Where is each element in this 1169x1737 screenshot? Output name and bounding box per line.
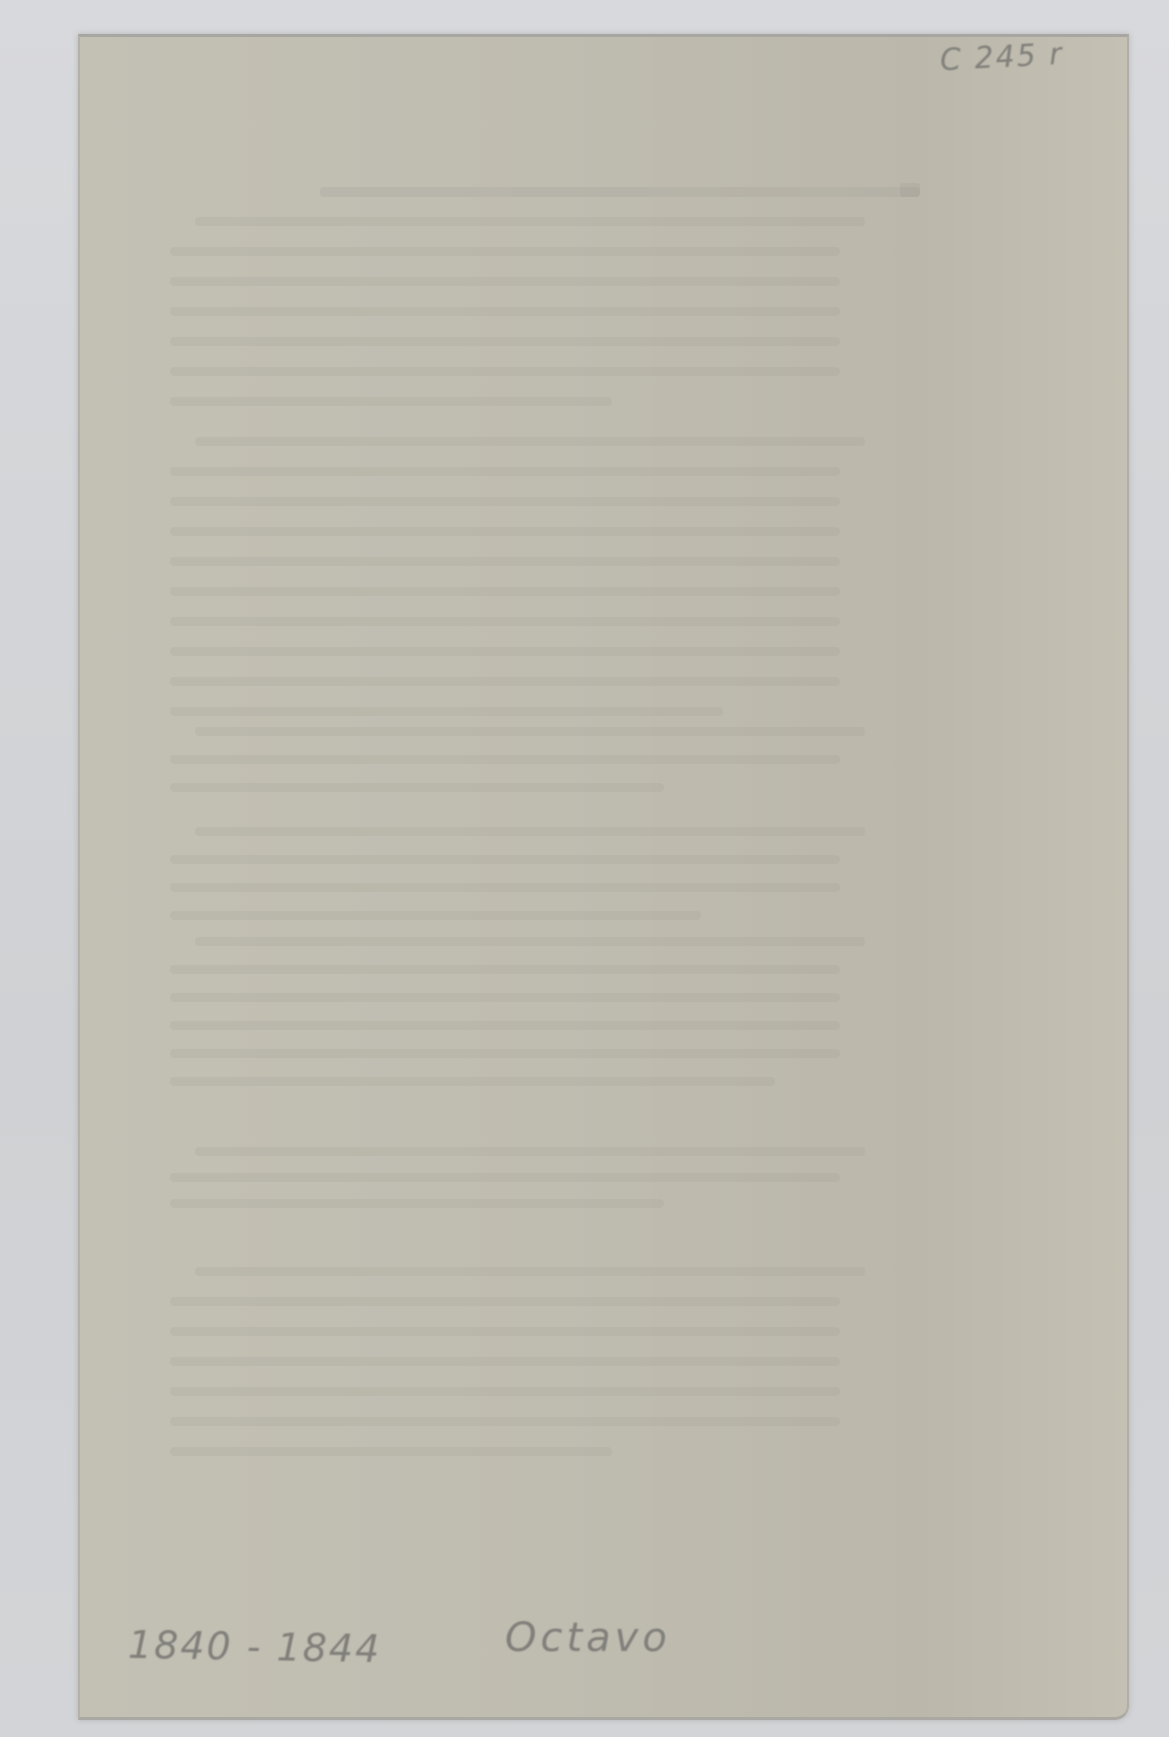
show-through-line bbox=[170, 1417, 840, 1426]
handwritten-format: Octavo bbox=[505, 1615, 671, 1661]
show-through-line bbox=[170, 1327, 840, 1336]
show-through-line bbox=[195, 1147, 865, 1156]
page-number-ghost bbox=[900, 183, 920, 197]
show-through-line bbox=[170, 367, 840, 376]
show-through-line bbox=[170, 993, 840, 1002]
show-through-line bbox=[170, 911, 701, 920]
show-through-line bbox=[170, 1297, 840, 1306]
show-through-line bbox=[170, 1447, 612, 1456]
show-through-line bbox=[170, 677, 840, 686]
show-through-line bbox=[195, 727, 865, 736]
show-through-line bbox=[170, 1357, 840, 1366]
show-through-line bbox=[170, 337, 840, 346]
show-through-line bbox=[170, 617, 840, 626]
running-head-ghost bbox=[320, 187, 920, 197]
show-through-line bbox=[170, 1387, 840, 1396]
show-through-line bbox=[170, 965, 840, 974]
show-through-line bbox=[195, 437, 865, 446]
show-through-line bbox=[170, 557, 840, 566]
show-through-line bbox=[170, 467, 840, 476]
show-through-line bbox=[195, 937, 865, 946]
show-through-line bbox=[170, 1173, 840, 1182]
show-through-line bbox=[170, 1077, 775, 1086]
handwritten-date-range: 1840 - 1844 bbox=[128, 1623, 382, 1671]
show-through-line bbox=[195, 1267, 865, 1276]
show-through-line bbox=[170, 1049, 840, 1058]
show-through-line bbox=[170, 883, 840, 892]
show-through-line bbox=[170, 277, 840, 286]
show-through-line bbox=[170, 755, 840, 764]
show-through-line bbox=[170, 707, 723, 716]
show-through-line bbox=[170, 587, 840, 596]
show-through-line bbox=[170, 497, 840, 506]
show-through-line bbox=[195, 217, 865, 226]
show-through-line bbox=[170, 397, 612, 406]
show-through-line bbox=[170, 647, 840, 656]
show-through-line bbox=[170, 527, 840, 536]
handwritten-shelfmark: C 245 r bbox=[939, 37, 1064, 78]
show-through-line bbox=[170, 307, 840, 316]
show-through-line bbox=[170, 1021, 840, 1030]
show-through-line bbox=[170, 783, 664, 792]
show-through-line bbox=[170, 855, 840, 864]
paper-leaf bbox=[78, 34, 1129, 1720]
show-through-line bbox=[170, 247, 840, 256]
show-through-line bbox=[195, 827, 865, 836]
show-through-line bbox=[170, 1199, 664, 1208]
